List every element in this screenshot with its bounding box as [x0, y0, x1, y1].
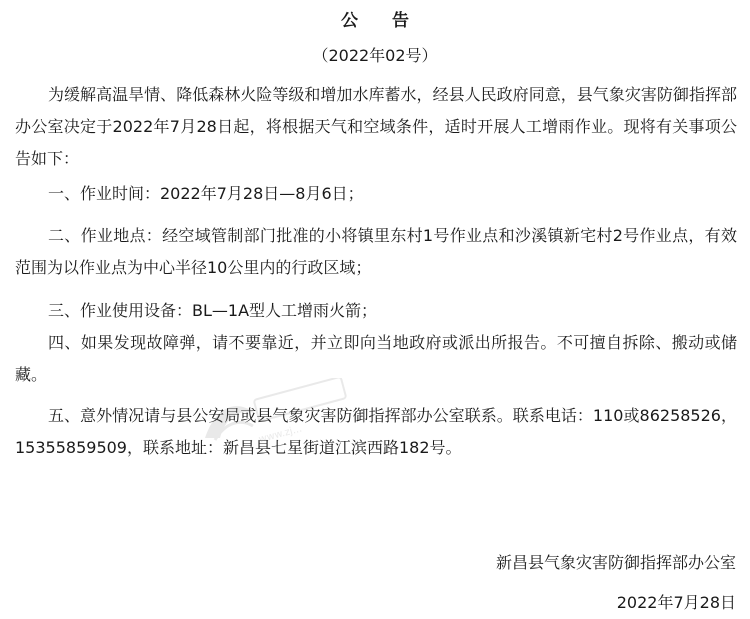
notice-number: （2022年02号） [0, 43, 750, 66]
intro-paragraph: 为缓解高温旱情、降低森林火险等级和增加水库蓄水，经县人民政府同意，县气象灾害防御… [15, 79, 737, 175]
signature-date: 2022年7月28日 [617, 590, 736, 613]
item-operation-location: 二、作业地点：经空域管制部门批准的小将镇里东村1号作业点和沙溪镇新宅村2号作业点… [15, 220, 737, 284]
item-contact: 五、意外情况请与县公安局或县气象灾害防御指挥部办公室联系。联系电话：110或86… [15, 400, 737, 464]
notice-title: 公 告 [0, 6, 750, 31]
item-dud-warning: 四、如果发现故障弹，请不要靠近，并立即向当地政府或派出所报告。不可擅自拆除、搬动… [15, 327, 737, 391]
item-equipment: 三、作业使用设备：BL—1A型人工增雨火箭； [15, 295, 737, 327]
signature-organization: 新昌县气象灾害防御指挥部办公室 [496, 550, 736, 573]
item-operation-time: 一、作业时间：2022年7月28日—8月6日； [15, 178, 737, 210]
